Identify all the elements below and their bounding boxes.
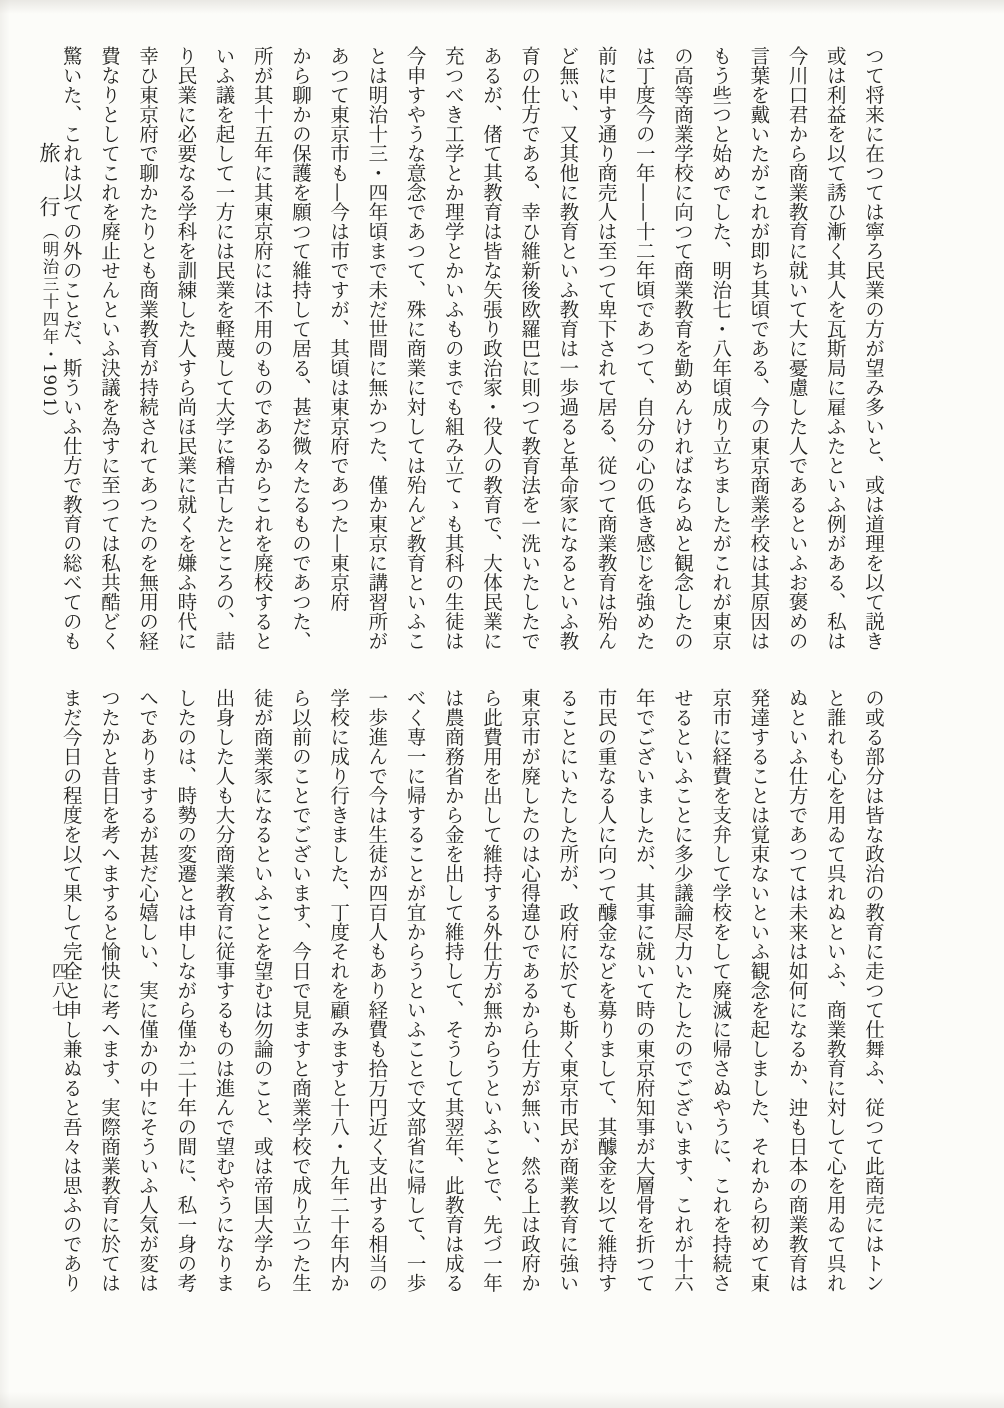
bottom-text-block: の或る部分は皆な政治の教育に走つて仕舞ふ、従つて此商売にはトンと誰れも心を用ゐて… [52,688,892,1294]
text-line: と誰れも心を用ゐて呉れぬといふ、商業教育に対して心を用ゐて呉れ [816,688,854,1294]
text-line: したのは、時勢の変遷とは申しながら僅か二十年の間に、私一身の考 [166,688,204,1294]
text-line: ることにいたした所が、政府に於ても斯く東京市民が商業教育に強い [548,688,586,1294]
text-line: つたかと昔日を考へますると愉快に考へます、実際商業教育に於ては [90,688,128,1294]
text-line: の或る部分は皆な政治の教育に走つて仕舞ふ、従つて此商売にはトン [854,688,892,1294]
text-line: 一歩進んで今は生徒が四百人もあり経費も拾万円近く支出する相当の [357,688,395,1294]
text-line: 東京市が廃したのは心得違ひであるから仕方が無い、然る上は政府か [510,688,548,1294]
title-date: （明治三十四年・1901） [40,223,59,427]
text-line: つて将来に在つては寧ろ民業の方が望み多いと、或は道理を以て説き [854,46,892,652]
text-line: ど無い、又其他に教育といふ教育は一歩過ると革命家になるといふ教 [548,46,586,652]
text-line: 徒が商業家になるといふことを望むは勿論のこと、或は帝国大学から [243,688,281,1294]
text-line: り民業に必要なる学科を訓練した人すら尚ほ民業に就くを嫌ふ時代に [166,46,204,652]
text-line: せるといふことに多少議論尽力いたしたのでございます、これが十六 [663,688,701,1294]
text-line: 出身した人も大分商業教育に従事するものは進んで望むやうになりま [204,688,242,1294]
text-line: へでありまするが甚だ心嬉しい、実に僅かの中にそういふ人気が変は [128,688,166,1294]
text-line: 充つべき工学とか理学とかいふものまでも組み立てゝも其科の生徒は [434,46,472,652]
text-line: 市民の重なる人に向つて醵金などを募りまして、其醵金を以て維持す [586,688,624,1294]
text-line: とは明治十三・四年頃まで未だ世間に無かつた、僅か東京に講習所が [357,46,395,652]
text-line: ら以前のことでございます、今日で見ますと商業学校で成り立つた生 [281,688,319,1294]
section-title: 旅 行（明治三十四年・1901） [34,142,64,427]
page-number: 四八七 [46,962,71,1019]
text-line: 育の仕方である、幸ひ維新後欧羅巴に則つて教育法を一洗いたしたで [510,46,548,652]
text-line: あるが、偖て其教育は皆な矢張り政治家・役人の教育で、大体民業に [472,46,510,652]
book-page: つて将来に在つては寧ろ民業の方が望み多いと、或は道理を以て説き或は利益を以て誘ひ… [0,0,1004,1408]
text-line: もう些つと始めでした、明治七・八年頃成り立ちましたがこれが東京 [701,46,739,652]
text-line: 京市に経費を支弁して学校をして廃滅に帰さぬやうに、これを持続さ [701,688,739,1294]
text-line: は丁度今の一年——十二年頃であつて、自分の心の低き感じを強めた [625,46,663,652]
text-line: いふ議を起して一方には民業を軽蔑して大学に稽古したところの、詰 [204,46,242,652]
text-line: 今申すやうな意念であつて、殊に商業に対しては殆んど教育といふこ [395,46,433,652]
text-line: 或は利益を以て誘ひ漸く其人を瓦斯局に雇ふたといふ例がある、私は [816,46,854,652]
text-line: 今川口君から商業教育に就いて大に憂慮した人であるといふお褒めの [777,46,815,652]
text-line: ら此費用を出して維持する外仕方が無からうといふことで、先づ一年 [472,688,510,1294]
text-line: 幸ひ東京府で聊かたりとも商業教育が持続されてあつたのを無用の経 [128,46,166,652]
text-line: 言葉を戴いたがこれが即ち其頃である、今の東京商業学校は其原因は [739,46,777,652]
text-line: から聊かの保護を願つて維持して居る、甚だ微々たるものであつた、 [281,46,319,652]
text-line: あつて東京市も—今は市ですが、其頃は東京府であつた—東京府 [319,46,357,652]
text-line: 所が其十五年に其東京府には不用のものであるからこれを廃校すると [243,46,281,652]
text-line: の高等商業学校に向つて商業教育を勤めんければならぬと観念したの [663,46,701,652]
text-line: 発達することは覚束ないといふ観念を起しました、それから初めて東 [739,688,777,1294]
title-text: 旅 行 [37,142,61,223]
top-text-block: つて将来に在つては寧ろ民業の方が望み多いと、或は道理を以て説き或は利益を以て誘ひ… [52,46,892,652]
text-line: ぬといふ仕方であつては未来は如何になるか、迚も日本の商業教育は [777,688,815,1294]
text-line: 前に申す通り商売人は至つて卑下されて居る、従つて商業教育は殆ん [586,46,624,652]
text-line: べく専一に帰することが宜からうといふことで文部省に帰して、一歩 [395,688,433,1294]
text-line: は農商務省から金を出して維持して、そうして其翌年、此教育は成る [434,688,472,1294]
text-line: 費なりとしてこれを廃止せんといふ決議を為すに至つては私共酷どく [90,46,128,652]
text-line: 年でございましたが、其事に就いて時の東京府知事が大層骨を折つて [625,688,663,1294]
text-line: 学校に成り行きました、丁度それを顧みますと十八・九年二十年内か [319,688,357,1294]
